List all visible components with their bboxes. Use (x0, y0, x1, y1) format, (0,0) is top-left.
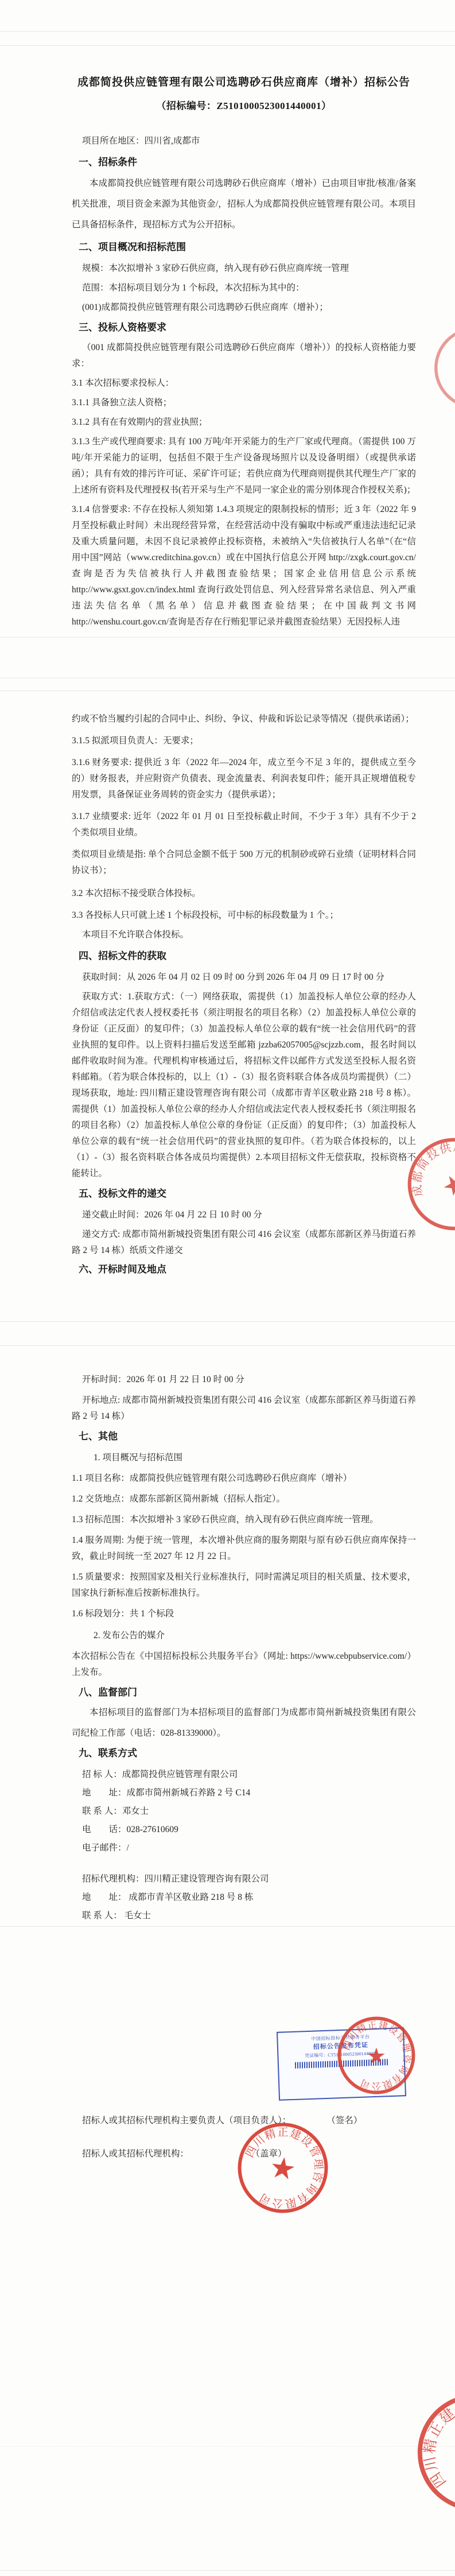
tenderee-contact: 联 系 人：邓女士 (72, 1803, 416, 1820)
similar-performance: 类似项目业绩是指: 单个合同总金额不低于 500 万元的机制砂或碎石业绩（证明材… (72, 847, 416, 879)
other-1: 1. 项目概况与招标范围 (72, 1450, 416, 1466)
agency-address: 地 址： 成都市青羊区敬业路 218 号 8 栋 (72, 1890, 416, 1906)
item-3-1-2: 3.1.2 具有在有效期内的营业执照； (72, 414, 416, 430)
section-9-heading: 九、联系方式 (72, 1746, 416, 1761)
item-1-4: 1.4 服务周期: 为便于统一管理，本次增补供应商的服务期限与原有砂石供应商库保… (72, 1533, 416, 1565)
obtain-time: 获取时间：从 2026 年 04 月 02 日 09 时 00 分到 2026 … (72, 969, 416, 986)
tenderee-address: 地 址：成都市简州新城石养路 2 号 C14 (72, 1785, 416, 1801)
agency-stamp-seal: 四川精正建设管理咨询有限公司 ★ (229, 2114, 336, 2221)
section-5-heading: 五、投标文件的递交 (72, 1186, 416, 1201)
media-line: 本次招标公告在《中国招标投标公共服务平台》（网址: https://www.ce… (72, 1648, 416, 1681)
edge-partial-seal (432, 325, 455, 411)
no-consortium: 本项目不允许联合体投标。 (72, 927, 416, 943)
section-1-body: 本成都简投供应链管理有限公司选聘砂石供应商库（增补）已由项目审批/核准/备案机关… (72, 173, 416, 235)
section-1-heading: 一、招标条件 (72, 155, 416, 170)
item-3-1-3: 3.1.3 生产或代理商要求: 具有 100 万吨/年开采能力的生产厂家或代理商… (72, 434, 416, 498)
opening-time: 开标时间：2026 年 01 月 22 日 10 时 00 分 (72, 1372, 416, 1388)
section-2-heading: 二、项目概况和招标范围 (72, 240, 416, 255)
submit-method: 递交方式: 成都市简州新城投资集团有限公司 416 会议室（成都东部新区养马街道… (72, 1227, 416, 1259)
scale-line: 规模：本次拟增补 3 家砂石供应商，纳入现有砂石供应商库统一管理 (72, 261, 416, 277)
item-3-1-1: 3.1.1 具备独立法人资格； (72, 395, 416, 411)
item-3-1-7: 3.1.7 业绩要求: 近年（2022 年 01 月 01 日至投标截止时间，不… (72, 809, 416, 841)
opening-place: 开标地点: 成都市简州新城投资集团有限公司 416 会议室（成都东部新区养马街道… (72, 1392, 416, 1425)
item-3-1-4: 3.1.4 信誉要求: 不存在投标人须知第 1.4.3 项规定的限制投标的情形；… (72, 502, 416, 630)
section-8-heading: 八、监督部门 (72, 1685, 416, 1700)
agency-company-seal: 四川精正建设管理咨询有限公司 ★ (336, 2015, 417, 2096)
tenderee-email: 电子邮件：/ (72, 1840, 416, 1856)
seal-star-icon: ★ (267, 2151, 298, 2187)
section-4-heading: 四、招标文件的获取 (72, 949, 416, 964)
page-1: 成都简投供应链管理有限公司选聘砂石供应商库（增补）招标公告（招标编号：Z5101… (0, 0, 455, 637)
page-2: 约或不恰当履约引起的合同中止、纠纷、争议、仲裁和诉讼记录等情况（提供承诺函）；3… (0, 678, 455, 1321)
submit-deadline: 递交截止时间：2026 年 04 月 22 日 10 时 00 分 (72, 1207, 416, 1223)
item-3-1: 3.1 本次招标要求投标人： (72, 375, 416, 391)
tender-number: （招标编号：Z5101000523001440001） (72, 99, 416, 114)
item-1-1: 1.1 项目名称：成都简投供应链管理有限公司选聘砂石供应商库（增补） (72, 1471, 416, 1487)
page-boundary-line (0, 1321, 455, 1322)
item-3-2: 3.2 本次招标不接受联合体投标。 (72, 886, 416, 902)
item-1-3: 1.3 招标范围：本次拟增补 3 家砂石供应商，纳入现有砂石供应商库统一管理。 (72, 1512, 416, 1528)
scanned-document-canvas: 成都简投供应链管理有限公司选聘砂石供应商库（增补）招标公告（招标编号：Z5101… (0, 0, 455, 2576)
lot-line: (001)成都简投供应链管理有限公司选聘砂石供应商库（增补）； (72, 300, 416, 316)
other-2: 2. 发布公告的媒介 (72, 1628, 416, 1644)
qualification-intro: （001 成都简投供应链管理有限公司选聘砂石供应商库（增补））的投标人资格能力要… (72, 340, 416, 372)
section-6-heading: 六、开标时间及地点 (72, 1262, 416, 1277)
page-boundary-line (0, 637, 455, 638)
obtain-method: 获取方式：1.获取方式：（一）网络获取，需提供（1）加盖投标人单位公章的经办人介… (72, 989, 416, 1182)
agency-name: 招标代理机构：四川精正建设管理咨询有限公司 (72, 1871, 416, 1887)
seal-star-icon: ★ (437, 1167, 455, 1204)
item-1-6: 1.6 标段划分：共 1 个标段 (72, 1606, 416, 1622)
page-4: 中国招标投标公共服务平台 招标公告发布凭证 凭证编号：CT51010005230… (0, 1963, 455, 2576)
project-region: 项目所在地区：四川省,成都市 (72, 133, 416, 149)
agency-seal-text: 四川精正建设管理咨询有限公司 (400, 2376, 455, 2529)
page-3: 开标时间：2026 年 01 月 22 日 10 时 00 分开标地点: 成都市… (0, 1345, 455, 1926)
agency-contact: 联 系 人： 毛女士 (72, 1908, 416, 1924)
tenderee-phone: 电 话：028-27610609 (72, 1822, 416, 1838)
svg-text:四川精正建设管理咨询有限公司: 四川精正建设管理咨询有限公司 (400, 2376, 455, 2529)
seal-star-icon: ★ (367, 2044, 387, 2069)
doc-title: 成都简投供应链管理有限公司选聘砂石供应商库（增补）招标公告 (72, 75, 416, 91)
edge-partial-seal: 四川精正建设管理咨询有限公司 (390, 2366, 455, 2539)
item-3-3: 3.3 各投标人只可就上述 1 个标段投标，可中标的标段数量为 1 个。； (72, 907, 416, 924)
carryover-line: 约或不恰当履约引起的合同中止、纠纷、争议、仲裁和诉讼记录等情况（提供承诺函）； (72, 711, 416, 727)
item-3-1-5: 3.1.5 拟派项目负责人：无要求； (72, 733, 416, 749)
tenderee-name: 招 标 人：成都简投供应链管理有限公司 (72, 1767, 416, 1783)
page-boundary-line (0, 1926, 455, 1927)
scope-line: 范围：本招标项目划分为 1 个标段，本次招标为其中的： (72, 280, 416, 296)
section-7-heading: 七、其他 (72, 1429, 416, 1444)
item-3-1-6: 3.1.6 财务要求: 提供近 3 年（2022 年—2024 年，成立至今不足… (72, 755, 416, 803)
supervision-body: 本招标项目的监督部门为本招标项目的监督部门为成都市简州新城投资集团有限公司纪检工… (72, 1702, 416, 1744)
item-1-2: 1.2 交货地点：成都东部新区简州新城（招标人指定）。 (72, 1491, 416, 1507)
item-1-5: 1.5 质量要求：按照国家及相关行业标准执行，同时需满足项目的相关质量、技术要求… (72, 1569, 416, 1601)
section-3-heading: 三、投标人资格要求 (72, 320, 416, 335)
